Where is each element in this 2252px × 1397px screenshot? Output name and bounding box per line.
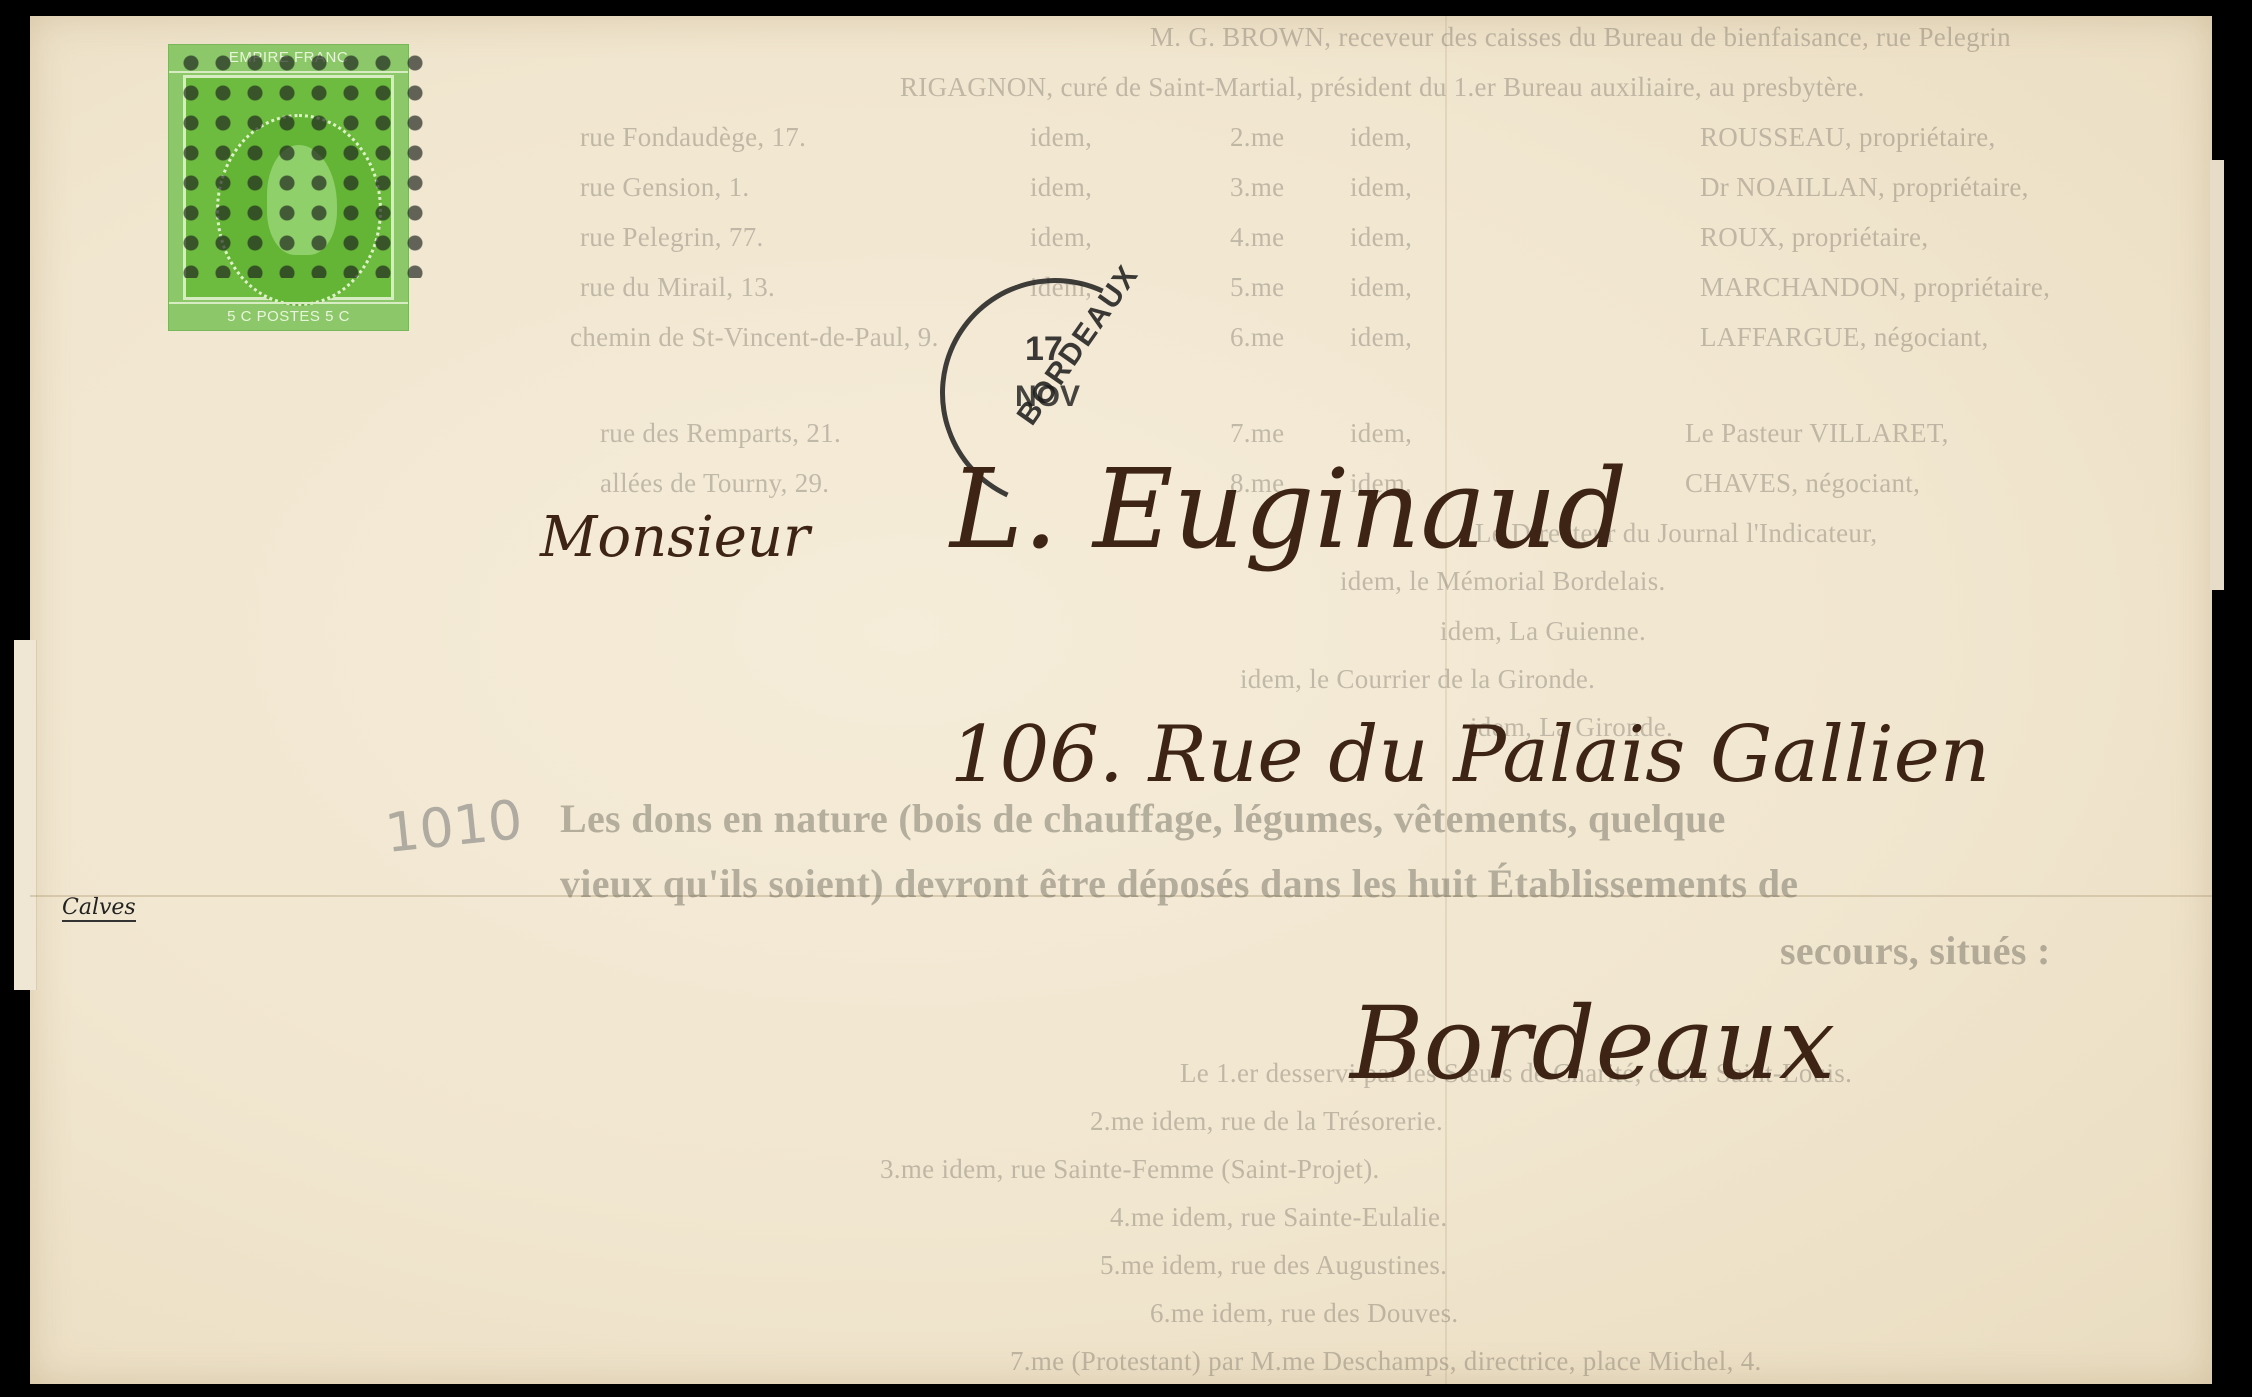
- show-through-line: 5.me idem, rue des Augustines.: [1100, 1250, 1447, 1281]
- show-through-line: M. G. BROWN, receveur des caisses du Bur…: [1150, 22, 2011, 53]
- show-through-paragraph-line: secours, situés :: [1780, 927, 2051, 974]
- show-through-line: 6.me idem, rue des Douves.: [1150, 1298, 1458, 1329]
- folded-edge-right: [2210, 160, 2224, 590]
- show-through-line: MARCHANDON, propriétaire,: [1700, 272, 2050, 303]
- bureau-address: rue Fondaudège, 17.: [580, 122, 806, 153]
- folded-edge-left: [14, 640, 37, 990]
- bureau-address: rue du Mirail, 13.: [580, 272, 775, 303]
- show-through-line: RIGAGNON, curé de Saint-Martial, préside…: [900, 72, 1865, 103]
- bureau-address: rue Gension, 1.: [580, 172, 749, 203]
- bureau-address: rue Pelegrin, 77.: [580, 222, 764, 253]
- show-through-paragraph-line: vieux qu'ils soient) devront être déposé…: [560, 860, 1798, 907]
- bureau-ordinal: 5.me: [1230, 272, 1284, 303]
- expert-signature: Calves: [62, 895, 136, 922]
- show-through-line: 3.me idem, rue Sainte-Femme (Saint-Proje…: [880, 1154, 1380, 1185]
- bureau-address: chemin de St-Vincent-de-Paul, 9.: [570, 322, 939, 353]
- show-through-line: ROUSSEAU, propriétaire,: [1700, 122, 1996, 153]
- show-through-line: idem, La Guienne.: [1440, 616, 1646, 647]
- postmark-month: NOV: [1015, 380, 1080, 414]
- bureau-idem: idem,: [1350, 222, 1412, 253]
- address-street: 106. Rue du Palais Gallien: [950, 710, 1990, 800]
- show-through-line: ROUX, propriétaire,: [1700, 222, 1928, 253]
- show-through-line: 2.me idem, rue de la Trésorerie.: [1090, 1106, 1443, 1137]
- bureau-idem: idem,: [1350, 272, 1412, 303]
- show-through-line: Le Pasteur VILLARET,: [1685, 418, 1949, 449]
- bureau-ordinal: 3.me: [1230, 172, 1284, 203]
- bureau-idem: idem,: [1030, 122, 1092, 153]
- show-through-paragraph-line: Les dons en nature (bois de chauffage, l…: [560, 795, 1726, 842]
- show-through-line: Dr NOAILLAN, propriétaire,: [1700, 172, 2029, 203]
- bureau-ordinal: 6.me: [1230, 322, 1284, 353]
- address-name: L. Euginaud: [950, 445, 1627, 573]
- bureau-idem: idem,: [1350, 172, 1412, 203]
- show-through-line: idem, le Courrier de la Gironde.: [1240, 664, 1595, 695]
- bureau-idem: idem,: [1350, 122, 1412, 153]
- fold-crease-vertical: [1445, 16, 1447, 1384]
- bureau-ordinal: 2.me: [1230, 122, 1284, 153]
- show-through-line: 7.me (Protestant) par M.me Deschamps, di…: [1010, 1346, 1762, 1377]
- bureau-address: allées de Tourny, 29.: [600, 468, 829, 499]
- bureau-idem: idem,: [1030, 222, 1092, 253]
- show-through-line: 4.me idem, rue Sainte-Eulalie.: [1110, 1202, 1447, 1233]
- address-city: Bordeaux: [1350, 985, 1835, 1102]
- bureau-ordinal: 4.me: [1230, 222, 1284, 253]
- bureau-idem: idem,: [1030, 172, 1092, 203]
- dotted-cancel-mark: [175, 48, 425, 278]
- postmark-day: 17: [1025, 330, 1063, 369]
- bureau-address: rue des Remparts, 21.: [600, 418, 841, 449]
- bureau-idem: idem,: [1350, 322, 1412, 353]
- address-salutation: Monsieur: [540, 505, 810, 570]
- show-through-line: LAFFARGUE, négociant,: [1700, 322, 1989, 353]
- stamp-bottom-text: 5 C POSTES 5 C: [169, 302, 408, 330]
- show-through-line: CHAVES, négociant,: [1685, 468, 1920, 499]
